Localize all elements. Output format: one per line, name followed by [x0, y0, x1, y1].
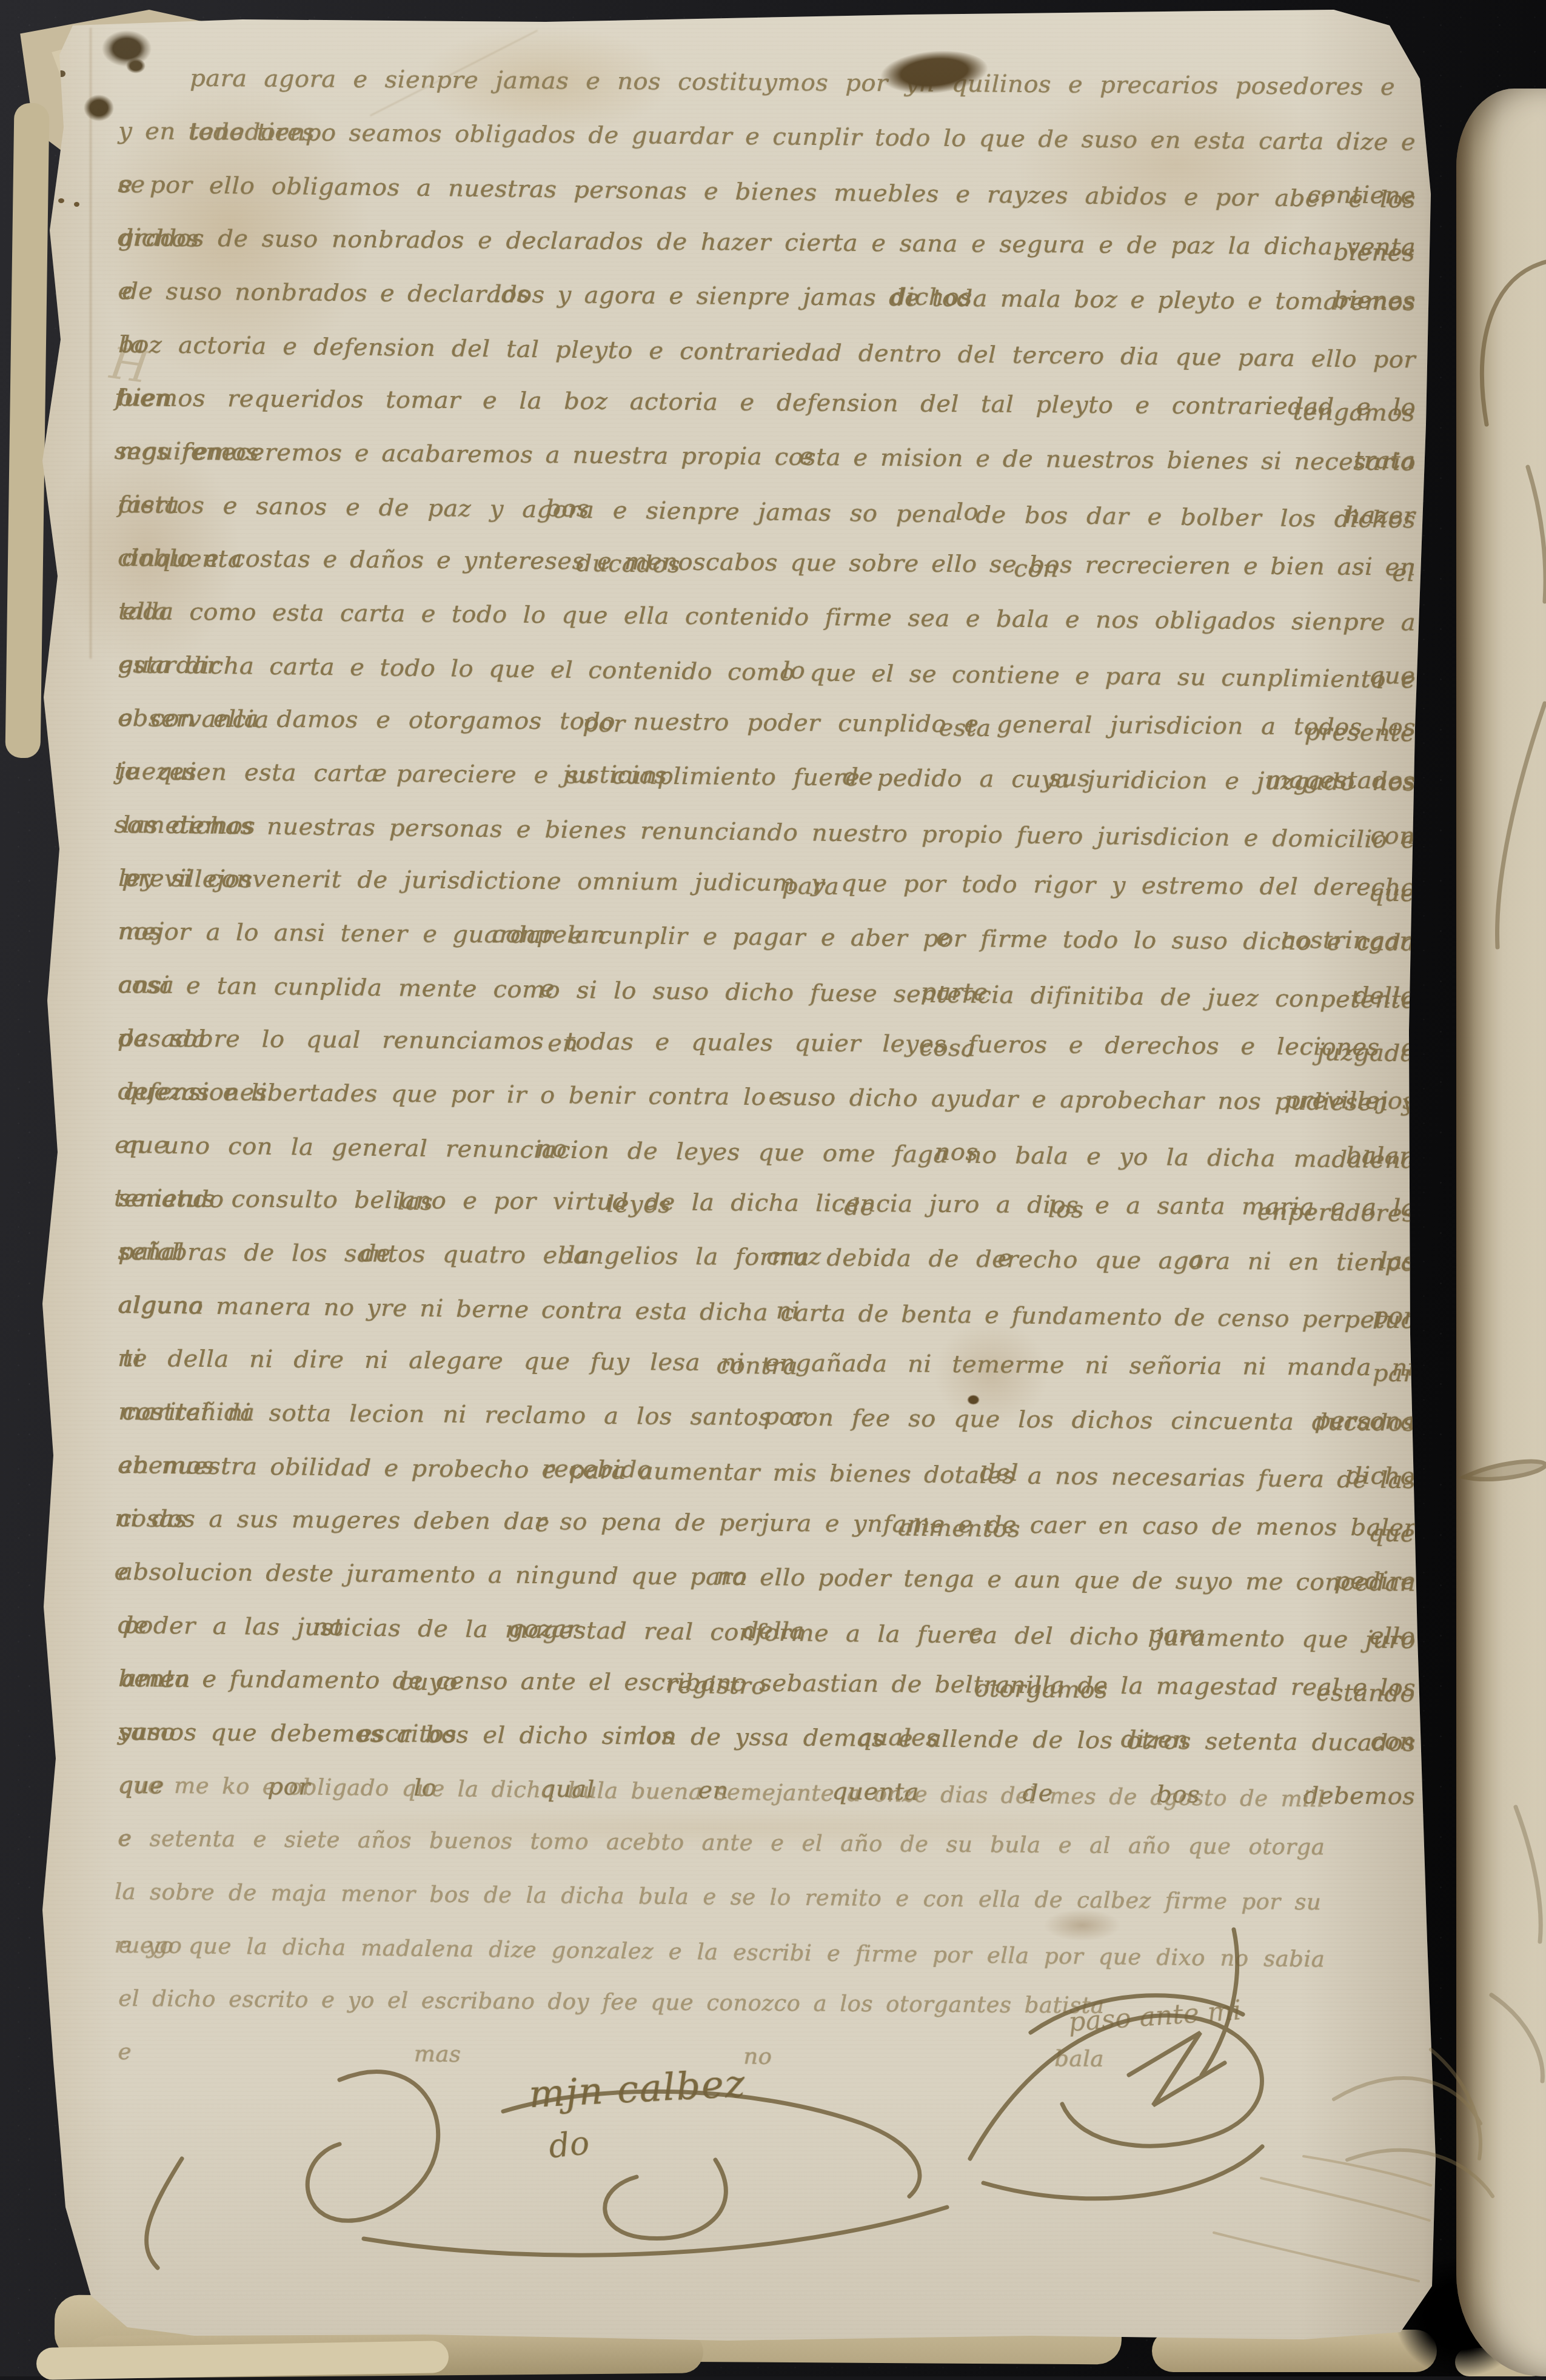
manuscript-line: e setenta e siete años buenos tomo acebt…: [118, 1812, 1325, 1874]
manuscript-line: senatus consulto beliano e por virtud de…: [118, 1172, 1416, 1235]
ink-blot: [84, 95, 114, 121]
manuscript-line: benta e fundamento de censo ante el escr…: [118, 1652, 1416, 1715]
manuscript-line: para agora e sienpre jamas e nos costitu…: [118, 51, 1416, 114]
manuscript-line: absolucion deste juramento a ningund que…: [118, 1545, 1416, 1610]
manuscript-line: mos feneceremos e acabaremos a nuestra p…: [118, 424, 1416, 489]
manuscript-line: tada como esta carta e todo lo que ella …: [118, 585, 1416, 649]
manuscript-line: quezas e libertades que por ir o benir c…: [122, 1065, 1416, 1130]
manuscript-line: de suso nonbrados e declarados y agora e…: [122, 264, 1416, 329]
manuscript-line: ni dos a sus mugeres deben dar so pena d…: [115, 1492, 1416, 1555]
facing-page-edge: [1456, 89, 1546, 2376]
manuscript-line: e con ella damos e otorgamos todo nuestr…: [118, 691, 1416, 754]
manuscript-line: mejor a lo ansi tener e guardar e cunpli…: [118, 905, 1416, 970]
fold-crease: [90, 28, 92, 659]
ink-blot: [126, 58, 146, 73]
manuscript-line: marital ni sotta lecion ni reclamo a los…: [118, 1385, 1416, 1450]
manuscript-line: el dicho escrito e yo el escribano doy f…: [118, 1972, 1105, 2033]
signature-left-initial: do: [547, 2124, 591, 2166]
ink-spot: [967, 1395, 980, 1405]
manuscript-line: y en todo tienpo seamos obligados de gua…: [118, 104, 1416, 169]
ink-spot: [74, 202, 79, 207]
manuscript-line: te della ni dire ni alegare que fuy lesa…: [122, 1332, 1416, 1395]
manuscript-line: ley si convenerit de jurisdictione omniu…: [118, 851, 1416, 914]
manuscript-line: grados de suso nonbrados e declarados de…: [118, 211, 1416, 274]
manuscript-page: H para agora e sienpre jamas e nos costi…: [0, 0, 1546, 2376]
manuscript-line: la sobre de maja menor bos de la dicha b…: [115, 1865, 1322, 1929]
photograph-of-manuscript: H para agora e sienpre jamas e nos costi…: [0, 0, 1546, 2376]
manuscript-line: palabras de los santos quatro ebangelios…: [118, 1225, 1416, 1290]
manuscript-line: de sobre lo qual renunciamos todas e qua…: [118, 1011, 1416, 1074]
ink-spot: [58, 198, 64, 203]
manuscript-line: samos que debemos a bos el dicho simon d…: [118, 1705, 1416, 1770]
ink-blot: [102, 30, 152, 67]
manuscript-line: doblo e costas e daños e yntereses e men…: [122, 531, 1416, 594]
manuscript-line: fuemos requeridos tomar e la boz actoria…: [115, 371, 1416, 434]
manuscript-text-block: para agora e sienpre jamas e nos costitu…: [118, 51, 1416, 2025]
